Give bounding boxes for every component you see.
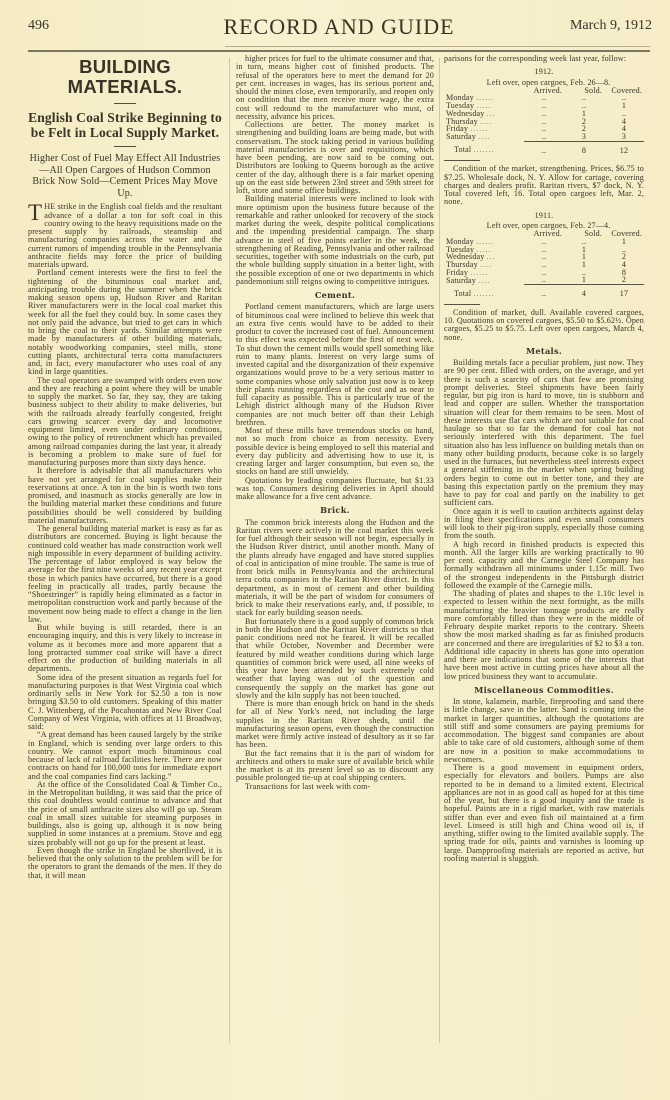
day-cell: Total ....... — [444, 141, 524, 154]
leader-dots: .... — [478, 132, 490, 141]
column-1-body: THE strike in the English coal fields an… — [28, 203, 222, 880]
paragraph: At the office of the Consolidated Coal &… — [28, 781, 222, 847]
leader-dots: ....... — [473, 145, 494, 154]
covered-cell: 3 — [604, 133, 644, 141]
day-cell: Saturday .... — [444, 276, 524, 284]
covered-cell: 17 — [604, 285, 644, 298]
column-divider — [439, 58, 440, 1043]
sold-cell: 8 — [564, 141, 604, 154]
covered-cell: 12 — [604, 141, 644, 154]
paragraph: THE strike in the English coal fields an… — [28, 203, 222, 269]
sold-cell: 1 — [564, 276, 604, 284]
paragraph: Collections are better. The money market… — [236, 121, 434, 195]
paragraph: Most of these mills have tremendous stoc… — [236, 427, 434, 477]
leader-dots: .... — [478, 276, 490, 285]
paragraph: A high record in finished products is ex… — [444, 541, 644, 591]
arrived-cell: .. — [524, 285, 564, 298]
paragraph: The shading of plates and shapes to the … — [444, 590, 644, 681]
day-cell: Total ....... — [444, 285, 524, 298]
leader-dots: ....... — [473, 289, 494, 298]
column-divider — [229, 58, 230, 1043]
sold-cell: 4 — [564, 285, 604, 298]
paragraph: Building material interests were incline… — [236, 195, 434, 286]
paragraph: But while buying is still retarded, ther… — [28, 624, 222, 674]
paragraph: In stone, kalamein, marble, fireproofing… — [444, 698, 644, 764]
day-cell: Saturday .... — [444, 133, 524, 141]
brick-continued: parisons for the corresponding week last… — [444, 55, 644, 63]
column-2: higher prices for fuel to the ultimate c… — [236, 55, 434, 791]
paragraph: Even though the strike in England be sho… — [28, 847, 222, 880]
section-heading-brick: Brick. — [236, 506, 434, 514]
paragraph: “A great demand has been caused largely … — [28, 731, 222, 781]
cargo-table: Arrived.Sold.Covered.Monday ..........1T… — [444, 230, 644, 298]
cargo-table: Arrived.Sold.Covered.Monday ............… — [444, 87, 644, 155]
section-brick: The common brick interests along the Hud… — [236, 519, 434, 791]
paragraph: But the fact remains that it is the part… — [236, 750, 434, 783]
section-cement: Portland cement manufacturers, which are… — [236, 303, 434, 501]
column-2-intro: higher prices for fuel to the ultimate c… — [236, 55, 434, 286]
paragraph: Some idea of the present situation as re… — [28, 674, 222, 732]
column-1: BUILDING MATERIALS. English Coal Strike … — [28, 55, 222, 880]
table-total-row: Total .........812 — [444, 141, 644, 154]
table-1911: 1911.Left over, open cargoes, Feb. 27—4.… — [444, 212, 644, 342]
paragraph: It therefore is advisable that all manuf… — [28, 467, 222, 525]
header-thin-rule — [225, 46, 650, 47]
arrived-cell: .. — [524, 141, 564, 154]
covered-cell: 2 — [604, 276, 644, 284]
header-rule — [28, 50, 650, 52]
paragraph: Portland cement manufacturers, which are… — [236, 303, 434, 427]
article-subhead: English Coal Strike Beginning to be Felt… — [28, 110, 222, 140]
table-year: 1912. — [444, 68, 644, 76]
market-note: Condition of market, dull. Available cov… — [444, 309, 644, 342]
subhead-rule — [114, 146, 136, 147]
article-headline: BUILDING MATERIALS. — [28, 57, 222, 97]
article-deck: Higher Cost of Fuel May Effect All Indus… — [28, 153, 222, 199]
paragraph: Transactions for last week with com- — [236, 783, 434, 791]
table-row: Saturday ......12 — [444, 276, 644, 284]
issue-date: March 9, 1912 — [570, 18, 652, 34]
masthead: 496 RECORD AND GUIDE March 9, 1912 — [22, 10, 656, 44]
section-metals: Building metals face a peculiar problem,… — [444, 359, 644, 681]
table-row: Saturday ......33 — [444, 133, 644, 141]
paragraph: But fortunately there is a good supply o… — [236, 618, 434, 701]
table-rule — [444, 160, 480, 161]
paragraph: Once again it is well to caution archite… — [444, 508, 644, 541]
paragraph: higher prices for fuel to the ultimate c… — [236, 55, 434, 121]
paragraph: Building metals face a peculiar problem,… — [444, 359, 644, 508]
section-heading-cement: Cement. — [236, 291, 434, 299]
section-misc: In stone, kalamein, marble, fireproofing… — [444, 698, 644, 863]
section-heading-metals: Metals. — [444, 347, 644, 355]
table-year: 1911. — [444, 212, 644, 220]
paragraph: There is a good movement in equipment or… — [444, 764, 644, 863]
newspaper-page: 496 RECORD AND GUIDE March 9, 1912 BUILD… — [0, 0, 670, 1100]
table-rule — [444, 304, 480, 305]
arrived-cell: .. — [524, 276, 564, 284]
paragraph: The coal operators are swamped with orde… — [28, 377, 222, 468]
paragraph: The general building material market is … — [28, 525, 222, 624]
paragraph: There is more than enough brick on hand … — [236, 700, 434, 750]
sold-cell: 3 — [564, 133, 604, 141]
section-heading-misc: Miscellaneous Commodities. — [444, 686, 644, 694]
paragraph: Portland cement interests were the first… — [28, 269, 222, 376]
arrived-cell: .. — [524, 133, 564, 141]
column-3: parisons for the corresponding week last… — [444, 55, 644, 863]
headline-rule — [114, 103, 136, 104]
paragraph: Quotations by leading companies fluctuat… — [236, 477, 434, 502]
paragraph: The common brick interests along the Hud… — [236, 519, 434, 618]
table-1912: 1912.Left over, open cargoes, Feb. 26—8.… — [444, 68, 644, 206]
drop-cap: T — [28, 204, 42, 222]
market-note: Condition of the market, strengthening. … — [444, 165, 644, 206]
publication-title: RECORD AND GUIDE — [22, 14, 656, 40]
table-total-row: Total .........417 — [444, 285, 644, 298]
